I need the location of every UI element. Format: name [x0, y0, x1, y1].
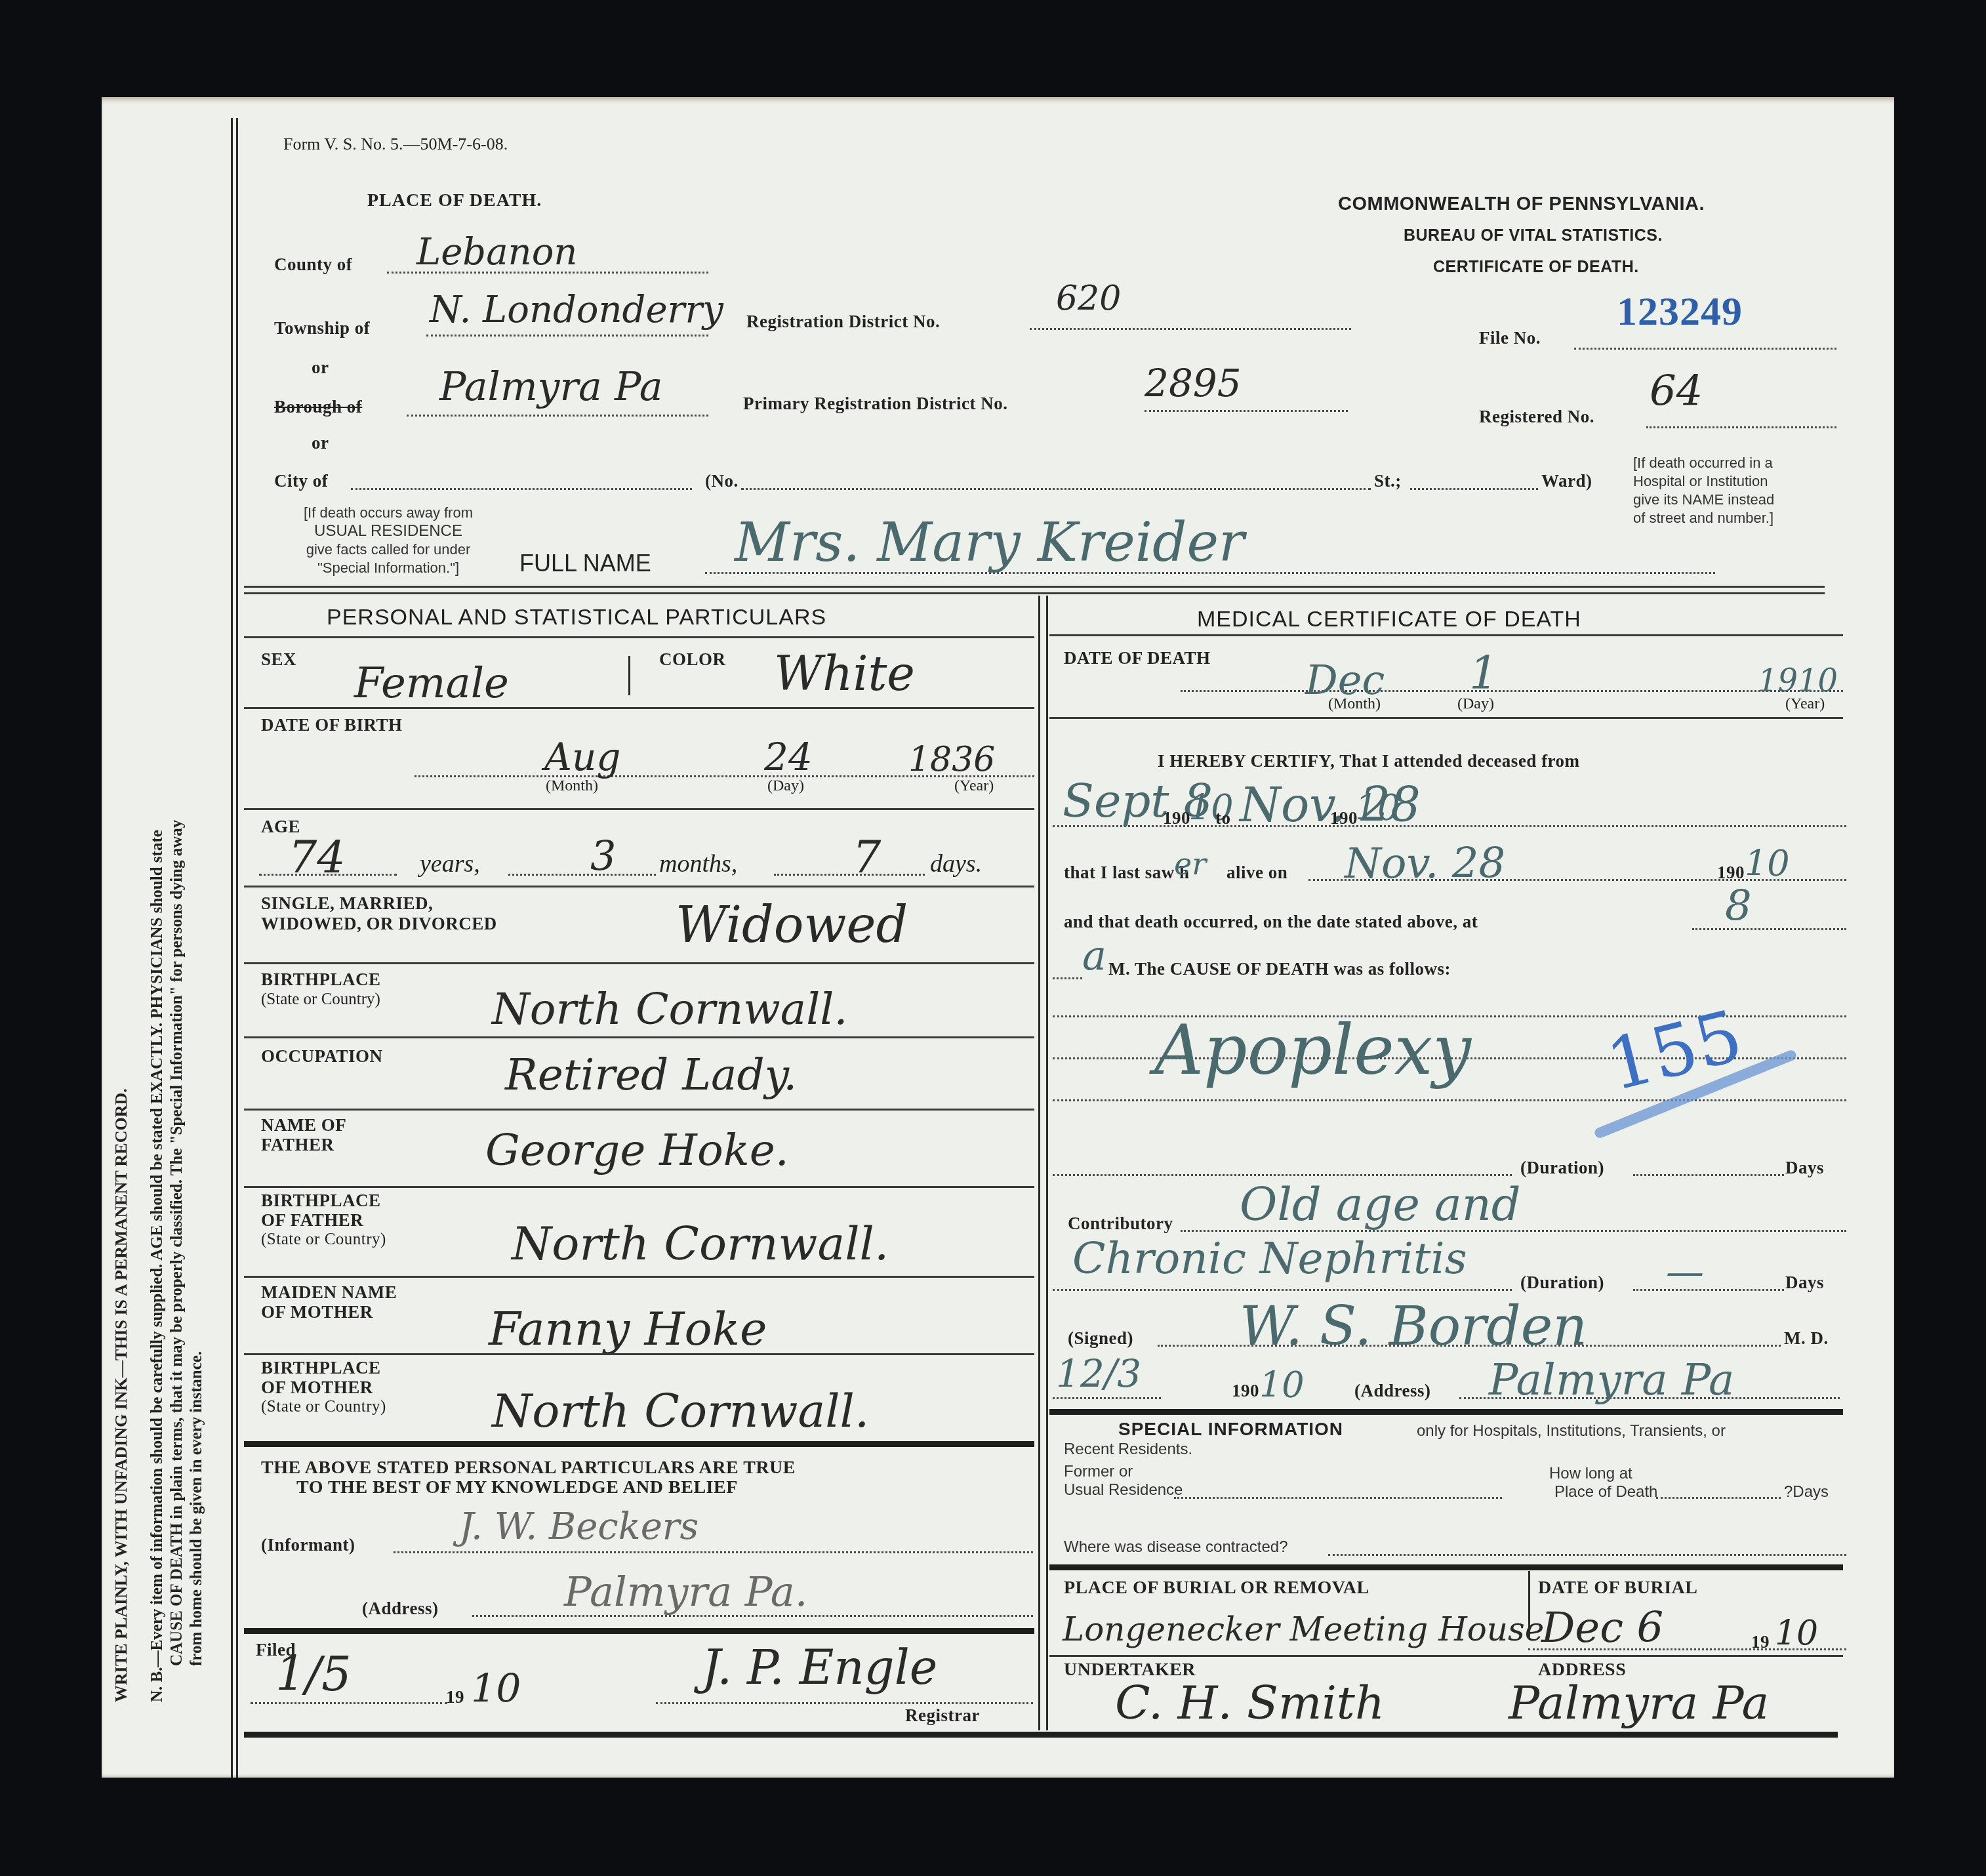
former-residence-line: [1174, 1497, 1502, 1499]
dob-year-caption: (Year): [954, 777, 994, 795]
margin-note-permanent-record: WRITE PLAINLY, WITH UNFADING INK—THIS IS…: [111, 1088, 131, 1702]
burial-place-label: PLACE OF BURIAL OR REMOVAL: [1064, 1578, 1369, 1599]
death-day-caption: (Day): [1457, 695, 1494, 713]
how-long-label-1: How long at: [1549, 1465, 1632, 1483]
father-birthplace-label-line: OF FATHER: [261, 1210, 386, 1230]
personal-section-title: PERSONAL AND STATISTICAL PARTICULARS: [327, 605, 826, 630]
registered-no-line: [1646, 426, 1836, 428]
alive-year-prefix: 190: [1717, 863, 1745, 883]
county-label: County of: [274, 255, 352, 275]
file-no-line: [1574, 348, 1836, 350]
from-year-prefix: 190: [1163, 808, 1190, 828]
date-of-death-line: [1181, 690, 1843, 692]
primary-registration-district-line: [1145, 410, 1348, 412]
borough-line: [407, 415, 708, 417]
or-label: or: [312, 357, 329, 378]
cause-line: [1053, 1099, 1846, 1101]
residence-note: [If death occurs away from USUAL RESIDEN…: [270, 504, 506, 577]
or-label-2: or: [312, 433, 329, 453]
registrar-label: Registrar: [905, 1705, 980, 1726]
disease-contracted-line: [1328, 1554, 1846, 1556]
dob-day-caption: (Day): [767, 777, 804, 795]
primary-registration-district-label: Primary Registration District No.: [743, 394, 1007, 414]
age-days-line: [774, 874, 925, 876]
informant-label: (Informant): [261, 1535, 355, 1555]
father-birthplace-value: North Cornwall.: [512, 1217, 889, 1271]
registered-no-value: 64: [1650, 367, 1703, 416]
contributory-days-line: [1633, 1289, 1784, 1291]
months-word: months,: [659, 849, 737, 878]
hospital-note: [If death occurred in a Hospital or Inst…: [1633, 454, 1843, 527]
burial-date-label: DATE OF BURIAL: [1538, 1578, 1697, 1599]
mother-label-line: OF MOTHER: [261, 1302, 397, 1322]
mother-birthplace-hint: (State or Country): [261, 1397, 386, 1417]
column-divider: [1038, 596, 1040, 1730]
last-saw-label: that I last saw h: [1064, 863, 1190, 883]
county-value: Lebanon: [416, 231, 577, 274]
row-divider: [244, 962, 1034, 964]
city-line: [351, 488, 692, 490]
residence-note-line: "Special Information."]: [270, 559, 506, 577]
physician-address: Palmyra Pa: [1489, 1355, 1734, 1405]
city-label: City of: [274, 471, 328, 491]
signed-date-line: [1053, 1397, 1161, 1399]
bottom-divider: [244, 1732, 1838, 1738]
marital-label-line: SINGLE, MARRIED,: [261, 893, 497, 914]
father-birthplace-hint: (State or Country): [261, 1230, 386, 1250]
age-months: 3: [590, 832, 616, 880]
date-of-death-label: DATE OF DEATH: [1064, 648, 1211, 668]
row-divider: [244, 808, 1034, 810]
contributory-line-2: [1053, 1289, 1512, 1291]
former-residence-label-1: Former or: [1064, 1463, 1133, 1481]
duration-days-label: Days: [1785, 1158, 1824, 1178]
informant-value: J. W. Beckers: [459, 1505, 699, 1548]
street-label: St.;: [1374, 471, 1402, 491]
marital-value: Widowed: [676, 895, 908, 954]
residence-note-line: USUAL RESIDENCE: [270, 522, 506, 540]
time-line: [1692, 928, 1846, 930]
age-years: 74: [289, 832, 346, 884]
contributory-label: Contributory: [1068, 1213, 1173, 1234]
filed-year-prefix: 19: [446, 1687, 464, 1707]
duration-label: (Duration): [1520, 1158, 1604, 1178]
row-divider: [244, 1036, 1034, 1038]
burial-place: Longenecker Meeting House: [1063, 1610, 1544, 1648]
primary-registration-district-value: 2895: [1145, 361, 1242, 405]
burial-date: Dec 6: [1541, 1604, 1663, 1652]
contributory-cause-2: Chronic Nephritis: [1072, 1233, 1467, 1284]
registration-district-line: [1030, 328, 1351, 330]
attestation-line-1: THE ABOVE STATED PERSONAL PARTICULARS AR…: [261, 1458, 796, 1478]
age-months-line: [508, 874, 656, 876]
meridiem: a: [1082, 931, 1106, 979]
registration-district-label: Registration District No.: [746, 312, 940, 332]
dob-year: 1836: [908, 740, 995, 779]
to-label: to: [1215, 808, 1231, 828]
margin-rule: [236, 118, 238, 1778]
dob-month-caption: (Month): [546, 777, 598, 795]
alive-on-date: Nov. 28: [1345, 840, 1505, 888]
signed-date: 12/3: [1056, 1351, 1141, 1396]
row-divider: [244, 1353, 1034, 1355]
how-long-line: [1656, 1497, 1781, 1499]
alive-year-suffix: 10: [1745, 843, 1790, 884]
mother-birthplace-label-line: OF MOTHER: [261, 1377, 386, 1397]
birthplace-hint: (State or Country): [261, 990, 380, 1009]
hospital-note-line: of street and number.]: [1633, 509, 1843, 527]
contributory-duration-label: (Duration): [1520, 1273, 1604, 1293]
ward-line: [1410, 488, 1538, 490]
former-residence-label-2: Usual Residence: [1064, 1481, 1183, 1499]
row-divider: [244, 1186, 1034, 1188]
contributory-days-label: Days: [1785, 1273, 1824, 1293]
burial-year-prefix: 19: [1751, 1632, 1770, 1652]
death-year: 1910: [1758, 663, 1838, 699]
divider: [244, 592, 1825, 594]
physician-signature: W. S. Borden: [1240, 1295, 1587, 1358]
section-divider: [1049, 1564, 1843, 1570]
hospital-note-line: give its NAME instead: [1633, 491, 1843, 509]
sex-value: Female: [354, 659, 509, 708]
birthplace-label: BIRTHPLACE: [261, 969, 381, 990]
disease-contracted-label: Where was disease contracted?: [1064, 1538, 1288, 1557]
margin-note-line-4: from home should be given in every insta…: [187, 1351, 207, 1666]
file-no-label: File No.: [1479, 328, 1541, 348]
father-value: George Hoke.: [485, 1125, 789, 1175]
duration-days-line: [1633, 1174, 1784, 1176]
dob-label: DATE OF BIRTH: [261, 715, 403, 735]
mother-label: MAIDEN NAME OF MOTHER: [261, 1282, 397, 1322]
how-long-days: ?Days: [1784, 1483, 1829, 1501]
section-divider: [244, 1441, 1034, 1447]
death-day: 1: [1469, 646, 1499, 700]
informant-line: [394, 1551, 1033, 1553]
full-name-value: Mrs. Mary Kreider: [735, 512, 1244, 574]
sex-color-divider: [628, 656, 630, 695]
dob-month: Aug: [544, 735, 620, 779]
father-birthplace-label: BIRTHPLACE OF FATHER (State or Country): [261, 1191, 386, 1250]
cause-of-death: Apoplexy: [1154, 1010, 1471, 1090]
informant-address-label: (Address): [362, 1599, 439, 1619]
column-divider: [1046, 596, 1048, 1730]
father-label-line: FATHER: [261, 1135, 346, 1154]
mother-label-line: MAIDEN NAME: [261, 1282, 397, 1302]
sex-label: SEX: [261, 649, 296, 670]
borough-value: Palmyra Pa: [439, 364, 662, 410]
row-divider: [244, 1109, 1034, 1111]
place-of-death-title: PLACE OF DEATH.: [367, 190, 542, 211]
registration-district-value: 620: [1056, 279, 1121, 318]
days-word: days.: [930, 849, 982, 878]
mother-birthplace-label-line: BIRTHPLACE: [261, 1358, 386, 1377]
header-bureau: BUREAU OF VITAL STATISTICS.: [1404, 226, 1663, 245]
signed-year-suffix: 10: [1259, 1364, 1305, 1406]
marital-label-line: WIDOWED, OR DIVORCED: [261, 914, 497, 934]
marital-label: SINGLE, MARRIED, WIDOWED, OR DIVORCED: [261, 893, 497, 934]
filed-line: [251, 1702, 447, 1704]
header-commonwealth: COMMONWEALTH OF PENNSYLVANIA.: [1338, 194, 1705, 215]
mother-birthplace-label: BIRTHPLACE OF MOTHER (State or Country): [261, 1358, 386, 1417]
color-value: White: [774, 646, 915, 701]
occurred-text: and that death occurred, on the date sta…: [1064, 912, 1478, 932]
row-divider: [244, 636, 1034, 638]
special-info-desc-2: Recent Residents.: [1064, 1440, 1192, 1459]
residence-note-line: give facts called for under: [270, 540, 506, 559]
registrar-signature: J. P. Engle: [702, 1640, 937, 1695]
father-label: NAME OF FATHER: [261, 1115, 346, 1154]
row-divider: [1049, 717, 1843, 719]
divider: [244, 586, 1825, 588]
special-info-desc: only for Hospitals, Institutions, Transi…: [1417, 1422, 1726, 1440]
section-divider: [1049, 1409, 1843, 1415]
margin-note-line-2: N. B.—Every item of information should b…: [148, 830, 167, 1702]
time-of-death: 8: [1725, 882, 1752, 931]
full-name-label: FULL NAME: [519, 550, 651, 577]
hospital-note-line: [If death occurred in a: [1633, 454, 1843, 472]
undertaker-address: Palmyra Pa: [1509, 1676, 1769, 1730]
township-label: Township of: [274, 318, 370, 338]
burial-year-suffix: 10: [1775, 1614, 1818, 1653]
filed-date: 1/5: [275, 1646, 352, 1702]
last-saw-pronoun: er: [1174, 846, 1206, 882]
ward-label: Ward): [1541, 471, 1592, 491]
medical-section-title: MEDICAL CERTIFICATE OF DEATH: [1197, 607, 1581, 632]
header-certificate: CERTIFICATE OF DEATH.: [1433, 258, 1639, 277]
color-label: COLOR: [659, 649, 726, 670]
alive-on-label: alive on: [1226, 863, 1287, 883]
physician-address-label-text: (Address): [1354, 1381, 1431, 1401]
certify-text: I HEREBY CERTIFY, That I attended deceas…: [1158, 751, 1580, 771]
birthplace-value: North Cornwall.: [492, 984, 847, 1034]
attestation-line-2: TO THE BEST OF MY KNOWLEDGE AND BELIEF: [296, 1477, 738, 1498]
special-info-title: SPECIAL INFORMATION: [1118, 1419, 1343, 1440]
form-number: Form V. S. No. 5.—50M-7-6-08.: [283, 134, 508, 154]
undertaker-name: C. H. Smith: [1115, 1676, 1385, 1730]
mother-birthplace-value: North Cornwall.: [492, 1384, 869, 1438]
dob-day: 24: [764, 735, 813, 779]
duration-line: [1053, 1174, 1512, 1176]
how-long-label-2: Place of Death: [1554, 1483, 1657, 1501]
signed-year-prefix: 190: [1232, 1381, 1259, 1401]
to-year-suffix: 10: [1355, 787, 1400, 828]
row-divider: [244, 886, 1034, 887]
occupation-value: Retired Lady.: [505, 1050, 797, 1100]
registered-no-label: Registered No.: [1479, 407, 1594, 427]
row-divider: [1049, 1655, 1843, 1657]
file-number-stamp: 123249: [1617, 289, 1743, 335]
margin-note-line-3: CAUSE OF DEATH in plain terms, that it m…: [167, 820, 187, 1666]
father-birthplace-label-line: BIRTHPLACE: [261, 1191, 386, 1210]
death-month-caption: (Month): [1328, 695, 1381, 713]
street-line: [741, 488, 1371, 490]
cause-text: M. The CAUSE OF DEATH was as follows:: [1108, 959, 1451, 979]
mother-value: Fanny Hoke: [489, 1302, 767, 1356]
contributory-cause-1: Old age and: [1240, 1177, 1521, 1231]
occupation-label: OCCUPATION: [261, 1046, 383, 1067]
contributory-duration-value: —: [1666, 1250, 1704, 1294]
filed-year-suffix: 10: [471, 1666, 521, 1712]
to-year-prefix: 190: [1330, 808, 1358, 828]
row-divider: [244, 707, 1034, 709]
borough-label: Borough of: [274, 397, 362, 417]
section-divider: [244, 1628, 1034, 1634]
meridiem-line: [1053, 977, 1082, 979]
residence-note-line: [If death occurs away from: [270, 504, 506, 522]
street-no-label: (No.: [705, 471, 739, 491]
margin-rule: [231, 118, 233, 1778]
age-days: 7: [853, 832, 881, 884]
registrar-line: [656, 1702, 1033, 1704]
informant-address-value: Palmyra Pa.: [564, 1568, 807, 1616]
father-label-line: NAME OF: [261, 1115, 346, 1135]
signed-label: (Signed): [1068, 1328, 1133, 1349]
row-divider: [1049, 634, 1843, 636]
death-year-caption: (Year): [1785, 695, 1825, 713]
township-line: [426, 335, 708, 336]
md-label: M. D.: [1784, 1328, 1829, 1349]
row-divider: [244, 1276, 1034, 1278]
township-value: N. Londonderry: [430, 289, 723, 331]
years-word: years,: [420, 849, 480, 878]
hospital-note-line: Hospital or Institution: [1633, 472, 1843, 491]
